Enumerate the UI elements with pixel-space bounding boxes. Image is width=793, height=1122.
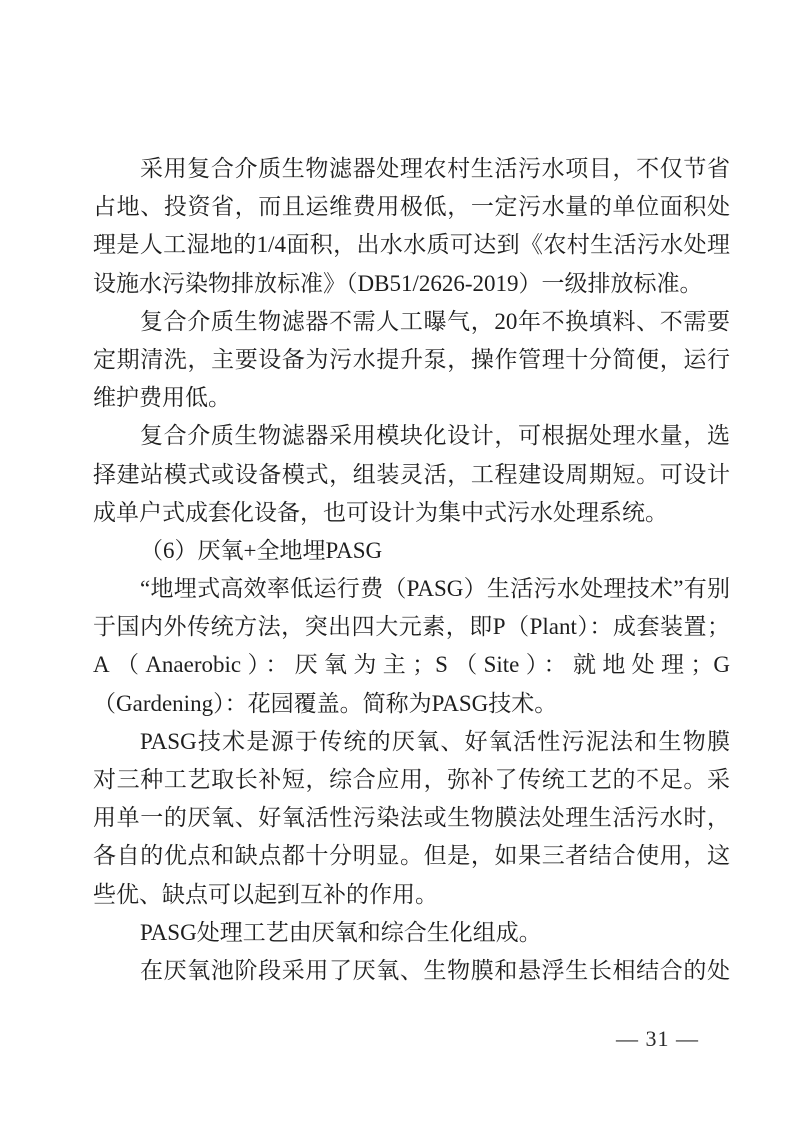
text-line: 在厌氧池阶段采用了厌氧、生物膜和悬浮生长相结合的处 — [93, 952, 730, 990]
paragraph: 在厌氧池阶段采用了厌氧、生物膜和悬浮生长相结合的处 — [93, 952, 730, 990]
text-line: 各自的优点和缺点都十分明显。但是，如果三者结合使用，这 — [93, 837, 730, 875]
text-line: 成单户式成套化设备，也可设计为集中式污水处理系统。 — [93, 494, 730, 532]
paragraph: 采用复合介质生物滤器处理农村生活污水项目，不仅节省占地、投资省，而且运维费用极低… — [93, 150, 730, 303]
paragraph: PASG技术是源于传统的厌氧、好氧活性污泥法和生物膜法，对三种工艺取长补短，综合… — [93, 723, 730, 914]
text-line: 对三种工艺取长补短，综合应用，弥补了传统工艺的不足。采 — [93, 761, 730, 799]
text-line: 复合介质生物滤器不需人工曝气，20年不换填料、不需要 — [93, 303, 730, 341]
text-line: “地埋式高效率低运行费（PASG）生活污水处理技术”有别 — [93, 570, 730, 608]
text-block: 采用复合介质生物滤器处理农村生活污水项目，不仅节省占地、投资省，而且运维费用极低… — [93, 150, 730, 990]
document-page: 采用复合介质生物滤器处理农村生活污水项目，不仅节省占地、投资省，而且运维费用极低… — [0, 0, 793, 1122]
text-line: 于国内外传统方法，突出四大元素，即P（Plant）：成套装置； — [93, 608, 730, 646]
text-line: 些优、缺点可以起到互补的作用。 — [93, 876, 730, 914]
text-line: 定期清洗，主要设备为污水提升泵，操作管理十分简便，运行 — [93, 341, 730, 379]
text-line: （Gardening）：花园覆盖。简称为PASG技术。 — [93, 685, 730, 723]
page-number: — 31 — — [616, 1024, 699, 1054]
text-line: A（Anaerobic）：厌氧为主；S（Site）：就地处理；G — [93, 646, 730, 684]
text-line: PASG处理工艺由厌氧和综合生化组成。 — [93, 914, 730, 952]
text-line: 采用复合介质生物滤器处理农村生活污水项目，不仅节省 — [93, 150, 730, 188]
text-line: 设施水污染物排放标准》（DB51/2626-2019）一级排放标准。 — [93, 265, 730, 303]
text-line: PASG技术是源于传统的厌氧、好氧活性污泥法和生物膜法， — [93, 723, 730, 761]
text-line: 复合介质生物滤器采用模块化设计，可根据处理水量，选 — [93, 417, 730, 455]
text-line: 维护费用低。 — [93, 379, 730, 417]
text-line: 用单一的厌氧、好氧活性污染法或生物膜法处理生活污水时， — [93, 799, 730, 837]
text-line: 占地、投资省，而且运维费用极低，一定污水量的单位面积处 — [93, 188, 730, 226]
paragraph: （6）厌氧+全地埋PASG — [93, 532, 730, 570]
paragraph: “地埋式高效率低运行费（PASG）生活污水处理技术”有别于国内外传统方法，突出四… — [93, 570, 730, 723]
paragraph: PASG处理工艺由厌氧和综合生化组成。 — [93, 914, 730, 952]
paragraph: 复合介质生物滤器采用模块化设计，可根据处理水量，选择建站模式或设备模式，组装灵活… — [93, 417, 730, 532]
text-line: 理是人工湿地的1/4面积，出水水质可达到《农村生活污水处理 — [93, 226, 730, 264]
text-line: （6）厌氧+全地埋PASG — [93, 532, 730, 570]
paragraph: 复合介质生物滤器不需人工曝气，20年不换填料、不需要定期清洗，主要设备为污水提升… — [93, 303, 730, 418]
text-line: 择建站模式或设备模式，组装灵活，工程建设周期短。可设计 — [93, 456, 730, 494]
